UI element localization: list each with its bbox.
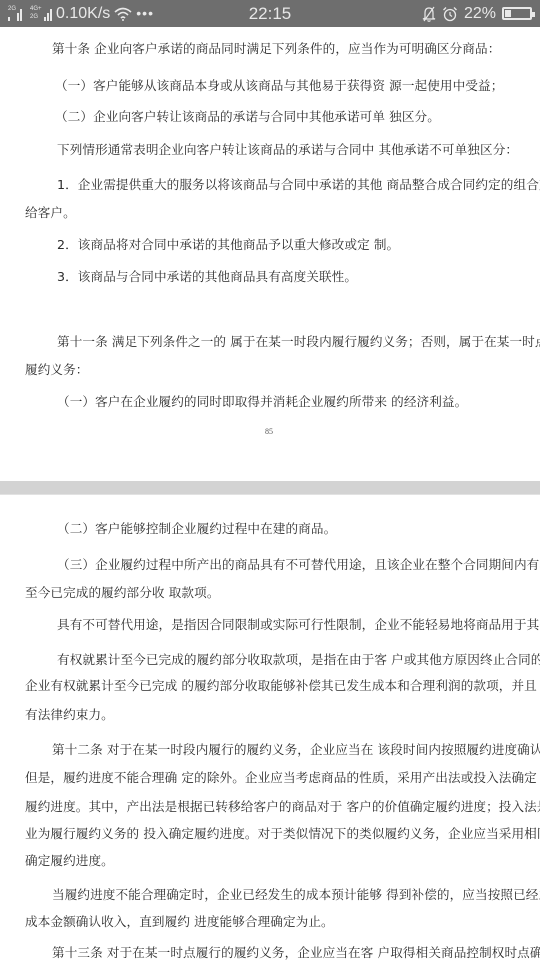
page-separator <box>0 481 540 495</box>
signal-icon-secondary: 4G+ 2G <box>30 7 52 21</box>
text-line: 第十条 企业向客户承诺的商品同时满足下列条件的，应当作为可明确区分商品： <box>52 41 500 57</box>
text-line: （一）客户在企业履约的同时即取得并消耗企业履约所带来 的经济利益。 <box>57 394 467 410</box>
text-line: 当履约进度不能合理确定时，企业已经发生的成本预计能够 得到补偿的，应当按照已经发… <box>52 887 540 903</box>
signal-icon: 2G <box>8 7 22 21</box>
text-line: 第十一条 满足下列条件之一的 属于在某一时段内履行履约义务；否则，属于在某一时点… <box>57 334 540 350</box>
text-line: 至今已完成的履约部分收 取款项。 <box>25 585 220 601</box>
text-line: 1．企业需提供重大的服务以将该商品与合同中承诺的其他 商品整合成合同约定的组合产… <box>57 177 540 193</box>
status-bar-left: 2G 4G+ 2G 0.10K/s ••• <box>8 0 154 27</box>
alarm-icon <box>442 6 458 22</box>
text-line: 履约进度。其中，产出法是根据已转移给客户的商品对于 客户的价值确定履约进度；投入… <box>25 799 540 815</box>
wifi-icon <box>114 7 132 21</box>
signal2-label-bottom: 2G <box>30 14 38 20</box>
text-line: 成本金额确认收入，直到履约 进度能够合理确定为止。 <box>25 914 334 930</box>
text-line: 业为履行履约义务的 投入确定履约进度。对于类似情况下的类似履约义务，企业应当采用… <box>25 826 540 842</box>
text-line: 下列情形通常表明企业向客户转让该商品的承诺与合同中 其他承诺不可单独区分： <box>57 142 518 158</box>
text-line: （一）客户能够从该商品本身或从该商品与其他易于获得资 源一起使用中受益； <box>55 78 503 94</box>
battery-percent: 22% <box>464 0 496 27</box>
text-line: 第十三条 对于在某一时点履行的履约义务，企业应当在客 户取得相关商品控制权时点确… <box>52 945 540 960</box>
status-bar: 2G 4G+ 2G 0.10K/s ••• 22:15 <box>0 0 540 27</box>
more-icon: ••• <box>136 0 154 27</box>
battery-icon <box>502 7 532 20</box>
text-line: 履约义务： <box>25 362 88 378</box>
text-line: 有权就累计至今已完成的履约部分收取款项，是指在由于客 户或其他方原因终止合同的情… <box>57 652 540 668</box>
text-line: 给客户。 <box>25 205 76 221</box>
document-page-85 <box>0 27 540 481</box>
text-line: （二）客户能够控制企业履约过程中在建的商品。 <box>57 521 336 537</box>
notification-off-icon <box>422 6 436 22</box>
signal1-label: 2G <box>8 6 16 12</box>
text-line: 但是，履约进度不能合理确 定的除外。企业应当考虑商品的性质，采用产出法或投入法确… <box>25 770 540 786</box>
text-line: 具有不可替代用途，是指因合同限制或实际可行性限制，企业不能轻易地将商品用于其他用… <box>57 617 540 633</box>
text-line: （三）企业履约过程中所产出的商品具有不可替代用途，且该企业在整个合同期间内有权就… <box>57 557 540 573</box>
text-line: 3．该商品与合同中承诺的其他商品具有高度关联性。 <box>57 269 357 285</box>
network-speed: 0.10K/s <box>56 0 110 27</box>
text-line: 2．该商品将对合同中承诺的其他商品予以重大修改或定 制。 <box>57 237 399 253</box>
battery-fill <box>505 10 511 17</box>
text-line: 企业有权就累计至今已完成 的履约部分收取能够补偿其已发生成本和合理利润的款项，并… <box>25 678 540 694</box>
status-bar-right: 22% <box>422 0 532 27</box>
text-line: （二）企业向客户转让该商品的承诺与合同中其他承诺可单 独区分。 <box>55 109 440 125</box>
text-line: 有法律约束力。 <box>25 707 114 723</box>
page-number: 85 <box>265 427 273 436</box>
signal2-label-top: 4G+ <box>30 6 42 12</box>
text-line: 第十二条 对于在某一时段内履行的履约义务，企业应当在 该段时间内按照履约进度确认… <box>52 742 540 758</box>
text-line: 确定履约进度。 <box>25 853 114 869</box>
